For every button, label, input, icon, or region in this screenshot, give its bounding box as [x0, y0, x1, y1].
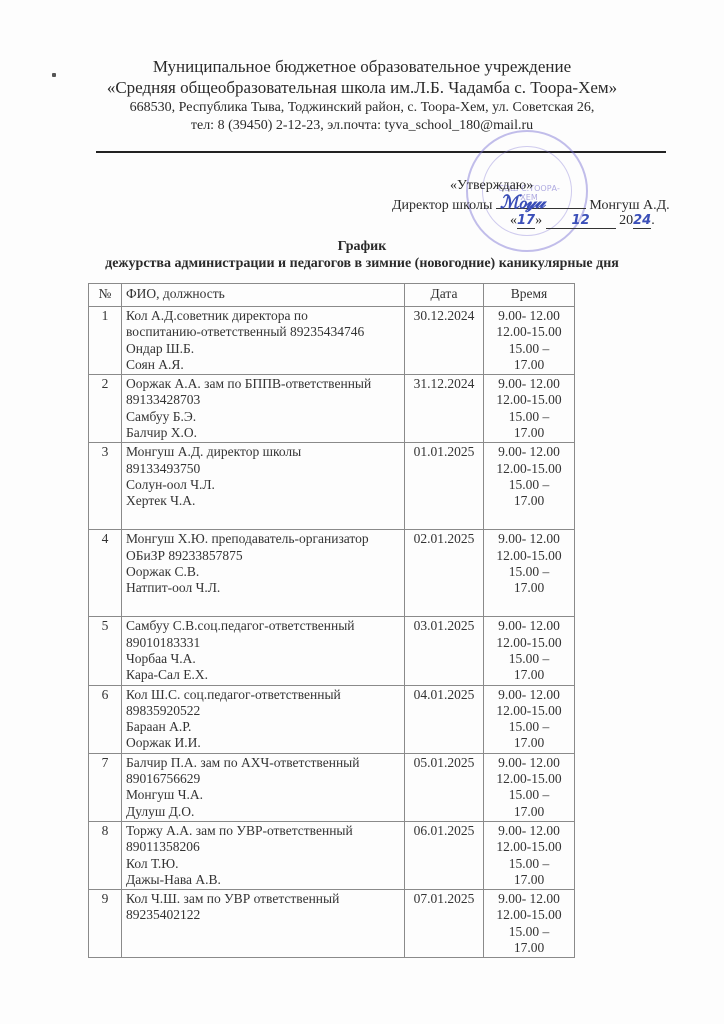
time-slot: 17.00 — [488, 940, 570, 956]
staff-line: 89010183331 — [126, 635, 400, 651]
approval-date: «17» 12 2024. — [510, 213, 655, 229]
time-slot: 12.00-15.00 — [488, 839, 570, 855]
time-slot: 15.00 – — [488, 651, 570, 667]
time-slot: 15.00 – — [488, 477, 570, 493]
handwritten-signature: ℳℴ𝓎𝓊 — [500, 192, 544, 213]
row-number: 1 — [89, 307, 122, 375]
table-row: 4Монгуш Х.Ю. преподаватель-организаторОБ… — [89, 530, 575, 617]
row-staff: Самбуу С.В.соц.педагог-ответственный8901… — [122, 617, 405, 685]
row-number: 5 — [89, 617, 122, 685]
staff-line: 89835920522 — [126, 703, 400, 719]
time-slot: 12.00-15.00 — [488, 703, 570, 719]
table-row: 3Монгуш А.Д. директор школы89133493750Со… — [89, 443, 575, 530]
row-times: 9.00- 12.0012.00-15.0015.00 –17.00 — [484, 617, 575, 685]
time-slot: 9.00- 12.00 — [488, 755, 570, 771]
row-number: 3 — [89, 443, 122, 530]
letterhead-school-name: «Средняя общеобразовательная школа им.Л.… — [0, 78, 724, 98]
table-row: 1Кол А.Д.советник директора повоспитанию… — [89, 307, 575, 375]
letterhead-divider — [96, 151, 666, 153]
approval-name: Монгуш А.Д. — [589, 198, 669, 213]
approval-year-prefix: 20 — [619, 213, 633, 228]
time-slot: 15.00 – — [488, 856, 570, 872]
time-slot: 9.00- 12.00 — [488, 444, 570, 460]
time-slot: 17.00 — [488, 735, 570, 751]
staff-line: ОБиЗР 89233857875 — [126, 548, 400, 564]
staff-line: Натпит-оол Ч.Л. — [126, 580, 400, 596]
time-slot: 15.00 – — [488, 719, 570, 735]
document-subtitle: дежурства администрации и педагогов в зи… — [0, 256, 724, 272]
time-slot: 17.00 — [488, 804, 570, 820]
document-title: График — [0, 239, 724, 255]
row-staff: Балчир П.А. зам по АХЧ-ответственный8901… — [122, 753, 405, 821]
staff-line: Ооржак А.А. зам по БППВ-ответственный — [126, 376, 400, 392]
time-slot: 12.00-15.00 — [488, 461, 570, 477]
time-slot: 9.00- 12.00 — [488, 687, 570, 703]
staff-line: 89235402122 — [126, 907, 400, 923]
row-staff: Ооржак А.А. зам по БППВ-ответственный891… — [122, 375, 405, 443]
table-row: 7Балчир П.А. зам по АХЧ-ответственный890… — [89, 753, 575, 821]
row-date: 03.01.2025 — [405, 617, 484, 685]
row-staff: Кол А.Д.советник директора повоспитанию-… — [122, 307, 405, 375]
staff-line: Балчир П.А. зам по АХЧ-ответственный — [126, 755, 400, 771]
table-row: 2Ооржак А.А. зам по БППВ-ответственный89… — [89, 375, 575, 443]
row-staff: Монгуш А.Д. директор школы89133493750Сол… — [122, 443, 405, 530]
time-slot: 17.00 — [488, 580, 570, 596]
time-slot: 15.00 – — [488, 564, 570, 580]
staff-line: Ооржак И.И. — [126, 735, 400, 751]
time-slot: 12.00-15.00 — [488, 392, 570, 408]
row-times: 9.00- 12.0012.00-15.0015.00 –17.00 — [484, 443, 575, 530]
staff-line: Хертек Ч.А. — [126, 493, 400, 509]
letterhead-address: 668530, Республика Тыва, Тоджинский райо… — [0, 100, 724, 116]
header-number: № — [89, 284, 122, 307]
letterhead-institution-type: Муниципальное бюджетное образовательное … — [0, 57, 724, 77]
row-times: 9.00- 12.0012.00-15.0015.00 –17.00 — [484, 821, 575, 889]
staff-line: Балчир Х.О. — [126, 425, 400, 441]
time-slot: 17.00 — [488, 357, 570, 373]
staff-line: Самбуу С.В.соц.педагог-ответственный — [126, 618, 400, 634]
row-times: 9.00- 12.0012.00-15.0015.00 –17.00 — [484, 685, 575, 753]
row-number: 9 — [89, 890, 122, 958]
time-slot: 9.00- 12.00 — [488, 618, 570, 634]
staff-line: 89133428703 — [126, 392, 400, 408]
row-date: 31.12.2024 — [405, 375, 484, 443]
time-slot: 15.00 – — [488, 409, 570, 425]
row-staff: Кол Ч.Ш. зам по УВР ответственный8923540… — [122, 890, 405, 958]
time-slot: 12.00-15.00 — [488, 907, 570, 923]
staff-line: Монгуш Ч.А. — [126, 787, 400, 803]
row-staff: Монгуш Х.Ю. преподаватель-организаторОБи… — [122, 530, 405, 617]
staff-line: 89016756629 — [126, 771, 400, 787]
time-slot: 12.00-15.00 — [488, 324, 570, 340]
row-staff: Кол Ш.С. соц.педагог-ответственный898359… — [122, 685, 405, 753]
staff-line: Чорбаа Ч.А. — [126, 651, 400, 667]
row-times: 9.00- 12.0012.00-15.0015.00 –17.00 — [484, 753, 575, 821]
time-slot: 17.00 — [488, 493, 570, 509]
staff-line: 89011358206 — [126, 839, 400, 855]
row-times: 9.00- 12.0012.00-15.0015.00 –17.00 — [484, 375, 575, 443]
table-header-row: № ФИО, должность Дата Время — [89, 284, 575, 307]
time-slot: 12.00-15.00 — [488, 635, 570, 651]
staff-line: Ондар Ш.Б. — [126, 341, 400, 357]
approval-role: Директор школы — [392, 198, 492, 213]
row-date: 07.01.2025 — [405, 890, 484, 958]
staff-line: Дулуш Д.О. — [126, 804, 400, 820]
time-slot: 15.00 – — [488, 787, 570, 803]
row-date: 05.01.2025 — [405, 753, 484, 821]
staff-line: Кара-Сал Е.Х. — [126, 667, 400, 683]
row-number: 4 — [89, 530, 122, 617]
row-number: 2 — [89, 375, 122, 443]
time-slot: 12.00-15.00 — [488, 771, 570, 787]
staff-line: Бараан А.Р. — [126, 719, 400, 735]
staff-line: Монгуш Х.Ю. преподаватель-организатор — [126, 531, 400, 547]
staff-line: Кол Т.Ю. — [126, 856, 400, 872]
time-slot: 15.00 – — [488, 341, 570, 357]
row-staff: Торжу А.А. зам по УВР-ответственный89011… — [122, 821, 405, 889]
staff-line: Ооржак С.В. — [126, 564, 400, 580]
row-date: 02.01.2025 — [405, 530, 484, 617]
time-slot: 17.00 — [488, 872, 570, 888]
time-slot: 17.00 — [488, 425, 570, 441]
staff-line: воспитанию-ответственный 89235434746 — [126, 324, 400, 340]
row-date: 04.01.2025 — [405, 685, 484, 753]
table-row: 6Кол Ш.С. соц.педагог-ответственный89835… — [89, 685, 575, 753]
approval-month: 12 — [546, 213, 616, 229]
time-slot: 9.00- 12.00 — [488, 531, 570, 547]
staff-line: Кол Ш.С. соц.педагог-ответственный — [126, 687, 400, 703]
row-date: 01.01.2025 — [405, 443, 484, 530]
time-slot: 17.00 — [488, 667, 570, 683]
row-number: 8 — [89, 821, 122, 889]
table-row: 8Торжу А.А. зам по УВР-ответственный8901… — [89, 821, 575, 889]
time-slot: 9.00- 12.00 — [488, 308, 570, 324]
time-slot: 15.00 – — [488, 924, 570, 940]
staff-line: Солун-оол Ч.Л. — [126, 477, 400, 493]
staff-line: Торжу А.А. зам по УВР-ответственный — [126, 823, 400, 839]
approval-year-suffix: 24 — [633, 213, 651, 229]
row-times: 9.00- 12.0012.00-15.0015.00 –17.00 — [484, 307, 575, 375]
time-slot: 9.00- 12.00 — [488, 376, 570, 392]
staff-line: Соян А.Я. — [126, 357, 400, 373]
header-time: Время — [484, 284, 575, 307]
duty-schedule-table: № ФИО, должность Дата Время 1Кол А.Д.сов… — [88, 283, 575, 958]
row-times: 9.00- 12.0012.00-15.0015.00 –17.00 — [484, 530, 575, 617]
row-number: 7 — [89, 753, 122, 821]
table-row: 9Кол Ч.Ш. зам по УВР ответственный892354… — [89, 890, 575, 958]
letterhead-contacts: тел: 8 (39450) 2-12-23, эл.почта: tyva_s… — [0, 118, 724, 134]
row-times: 9.00- 12.0012.00-15.0015.00 –17.00 — [484, 890, 575, 958]
staff-line: 89133493750 — [126, 461, 400, 477]
staff-line: Дажы-Нава А.В. — [126, 872, 400, 888]
row-number: 6 — [89, 685, 122, 753]
staff-line: Кол Ч.Ш. зам по УВР ответственный — [126, 891, 400, 907]
staff-line: Монгуш А.Д. директор школы — [126, 444, 400, 460]
row-date: 06.01.2025 — [405, 821, 484, 889]
approval-day: 17 — [517, 213, 535, 229]
time-slot: 9.00- 12.00 — [488, 823, 570, 839]
table-row: 5Самбуу С.В.соц.педагог-ответственный890… — [89, 617, 575, 685]
time-slot: 12.00-15.00 — [488, 548, 570, 564]
row-date: 30.12.2024 — [405, 307, 484, 375]
staff-line: Самбуу Б.Э. — [126, 409, 400, 425]
time-slot: 9.00- 12.00 — [488, 891, 570, 907]
staff-line: Кол А.Д.советник директора по — [126, 308, 400, 324]
header-name-position: ФИО, должность — [122, 284, 405, 307]
header-date: Дата — [405, 284, 484, 307]
